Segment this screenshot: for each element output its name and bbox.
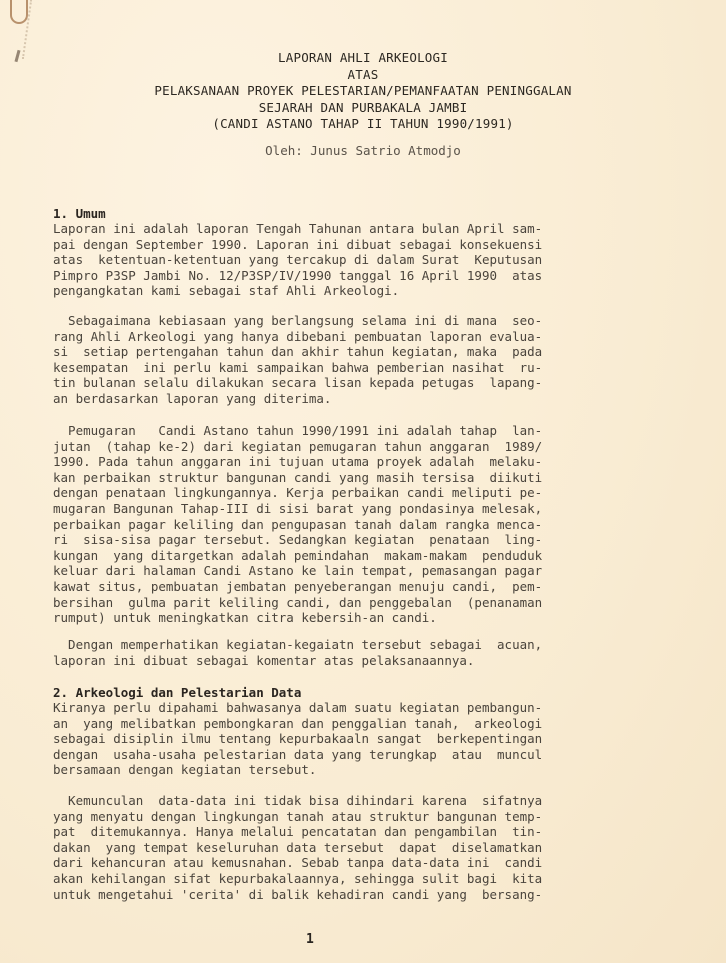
text-line: bersamaan dengan kegiatan tersebut. — [53, 762, 673, 778]
text-line: Kemunculan data-data ini tidak bisa dihi… — [53, 793, 673, 809]
text-line: yang menyatu dengan lingkungan tanah ata… — [53, 809, 673, 825]
paragraph: Laporan ini adalah laporan Tengah Tahuna… — [53, 221, 673, 299]
text-line: dengan penataan lingkungannya. Kerja per… — [53, 485, 673, 501]
paragraph: Kemunculan data-data ini tidak bisa dihi… — [53, 793, 673, 902]
paragraph: Dengan memperhatikan kegiatan-kegaiatn t… — [53, 637, 673, 668]
author-line: Oleh: Junus Satrio Atmodjo — [0, 143, 726, 158]
text-line: pat ditemukannya. Hanya melalui pencatat… — [53, 824, 673, 840]
text-line: Pemugaran Candi Astano tahun 1990/1991 i… — [53, 423, 673, 439]
text-line: dari kehancuran atau kemusnahan. Sebab t… — [53, 855, 673, 871]
section-heading-arkeologi: 2. Arkeologi dan Pelestarian Data — [53, 685, 301, 700]
title-line: PELAKSANAAN PROYEK PELESTARIAN/PEMANFAAT… — [0, 83, 726, 100]
text-line: rumput) untuk meningkatkan citra kebersi… — [53, 610, 673, 626]
text-line: Pimpro P3SP Jambi No. 12/P3SP/IV/1990 ta… — [53, 268, 673, 284]
scanned-document-page: LAPORAN AHLI ARKEOLOGI ATAS PELAKSANAAN … — [0, 0, 726, 963]
text-line: Dengan memperhatikan kegiatan-kegaiatn t… — [53, 637, 673, 653]
title-line: ATAS — [0, 67, 726, 84]
text-line: mugaran Bangunan Tahap-III di sisi barat… — [53, 501, 673, 517]
text-line: sebagai disiplin ilmu tentang kepurbakaa… — [53, 731, 673, 747]
text-line: rang Ahli Arkeologi yang hanya dibebani … — [53, 329, 673, 345]
text-line: Laporan ini adalah laporan Tengah Tahuna… — [53, 221, 673, 237]
text-line: untuk mengetahui 'cerita' di balik kehad… — [53, 887, 673, 903]
text-line: pai dengan September 1990. Laporan ini d… — [53, 237, 673, 253]
section-heading-umum: 1. Umum — [53, 206, 106, 221]
paragraph: Kiranya perlu dipahami bahwasanya dalam … — [53, 700, 673, 778]
text-line: bersihan gulma parit keliling candi, dan… — [53, 595, 673, 611]
title-line: (CANDI ASTANO TAHAP II TAHUN 1990/1991) — [0, 116, 726, 133]
text-line: si setiap pertengahan tahun dan akhir ta… — [53, 344, 673, 360]
title-line: LAPORAN AHLI ARKEOLOGI — [0, 50, 726, 67]
text-line: ri sisa-sisa pagar tersebut. Sedangkan k… — [53, 532, 673, 548]
text-line: jutan (tahap ke-2) dari kegiatan pemugar… — [53, 439, 673, 455]
text-line: pengangkatan kami sebagai staf Ahli Arke… — [53, 283, 673, 299]
text-line: kungan yang ditargetkan adalah pemindaha… — [53, 548, 673, 564]
paper-stain-mark — [10, 0, 28, 24]
text-line: perbaikan pagar keliling dan pengupasan … — [53, 517, 673, 533]
text-line: kan perbaikan struktur bangunan candi ya… — [53, 470, 673, 486]
text-line: dakan yang tempat keseluruhan data terse… — [53, 840, 673, 856]
document-title: LAPORAN AHLI ARKEOLOGI ATAS PELAKSANAAN … — [0, 50, 726, 133]
text-line: keluar dari halaman Candi Astano ke lain… — [53, 563, 673, 579]
title-line: SEJARAH DAN PURBAKALA JAMBI — [0, 100, 726, 117]
paragraph: Pemugaran Candi Astano tahun 1990/1991 i… — [53, 423, 673, 626]
text-line: kawat situs, pembuatan jembatan penyeber… — [53, 579, 673, 595]
text-line: 1990. Pada tahun anggaran ini tujuan uta… — [53, 454, 673, 470]
text-line: atas ketentuan-ketentuan yang tercakup d… — [53, 252, 673, 268]
text-line: an berdasarkan laporan yang diterima. — [53, 391, 673, 407]
text-line: an yang melibatkan pembongkaran dan peng… — [53, 716, 673, 732]
text-line: dengan usaha-usaha pelestarian data yang… — [53, 747, 673, 763]
text-line: Sebagaimana kebiasaan yang berlangsung s… — [53, 313, 673, 329]
text-line: laporan ini dibuat sebagai komentar atas… — [53, 653, 673, 669]
text-line: akan kehilangan sifat kepurbakalaannya, … — [53, 871, 673, 887]
text-line: tin bulanan selalu dilakukan secara lisa… — [53, 375, 673, 391]
text-line: Kiranya perlu dipahami bahwasanya dalam … — [53, 700, 673, 716]
paragraph: Sebagaimana kebiasaan yang berlangsung s… — [53, 313, 673, 407]
page-number: 1 — [306, 932, 314, 947]
text-line: kesempatan ini perlu kami sampaikan bahw… — [53, 360, 673, 376]
